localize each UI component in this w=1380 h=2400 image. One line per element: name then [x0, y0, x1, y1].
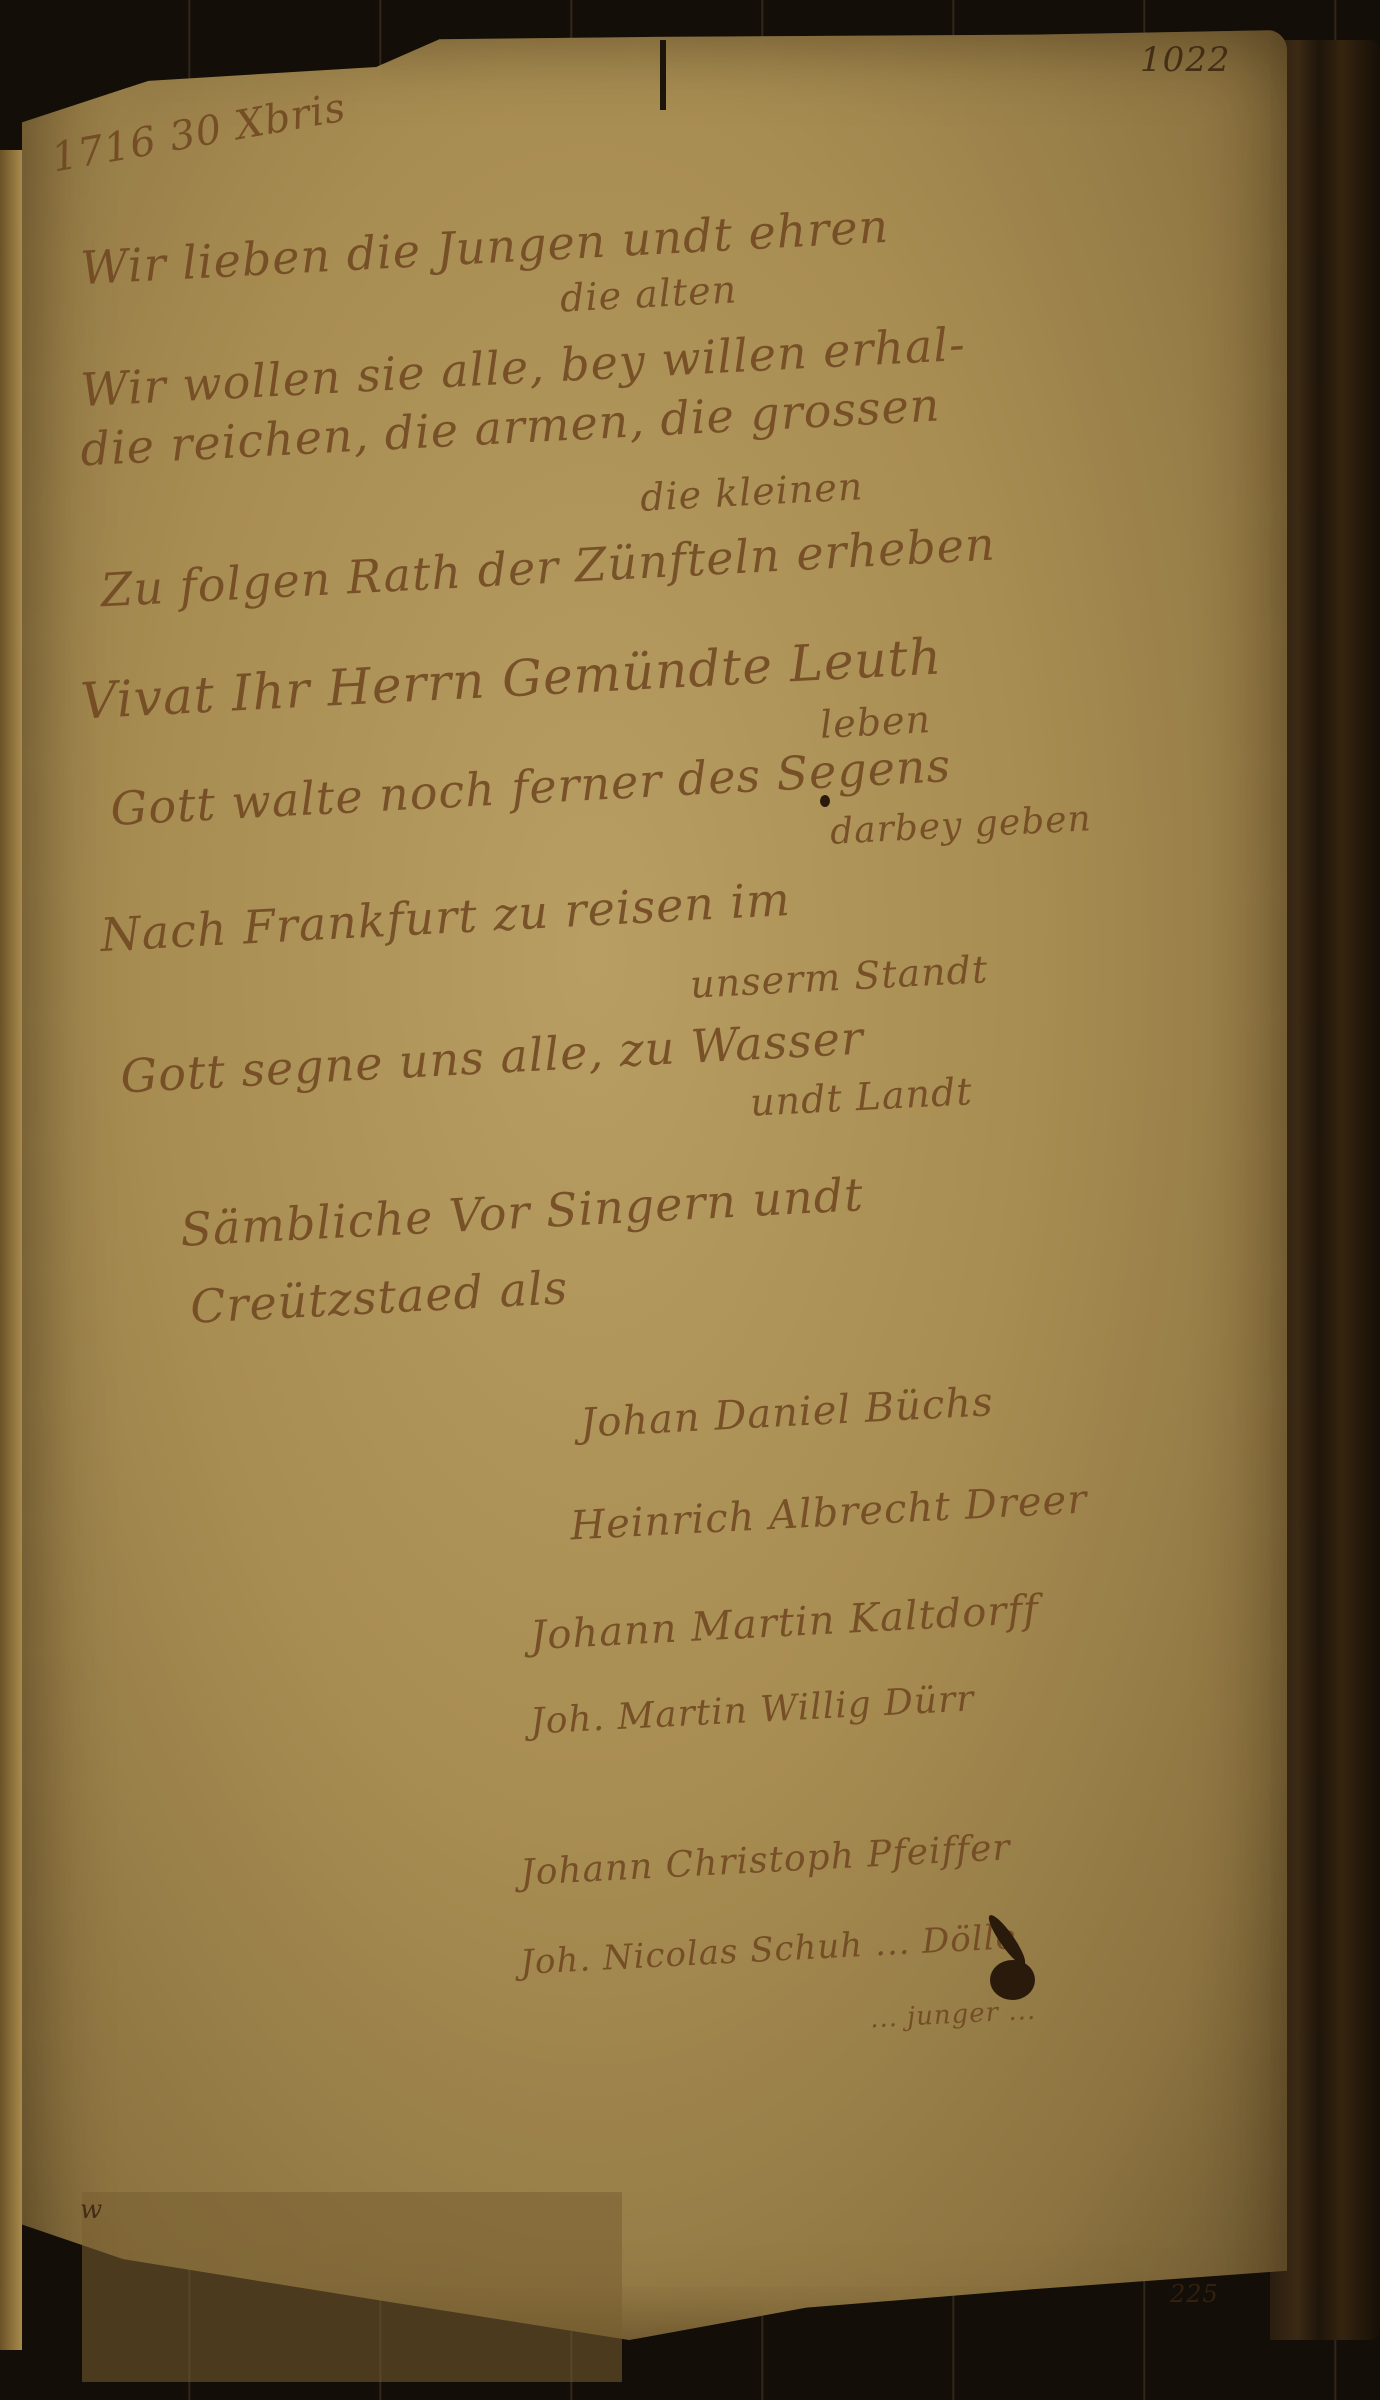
- page-fold-mark: [660, 40, 666, 110]
- margin-mark: w: [80, 2195, 103, 2225]
- page-number-top: 1022: [1140, 40, 1231, 80]
- ink-blot: [990, 1960, 1035, 2000]
- paper-slip: [82, 2192, 622, 2382]
- left-page-edge: [0, 150, 22, 2350]
- ink-blot: [820, 795, 830, 807]
- text-line: die alten: [559, 267, 738, 320]
- page-number-bottom: 225: [1170, 2280, 1219, 2308]
